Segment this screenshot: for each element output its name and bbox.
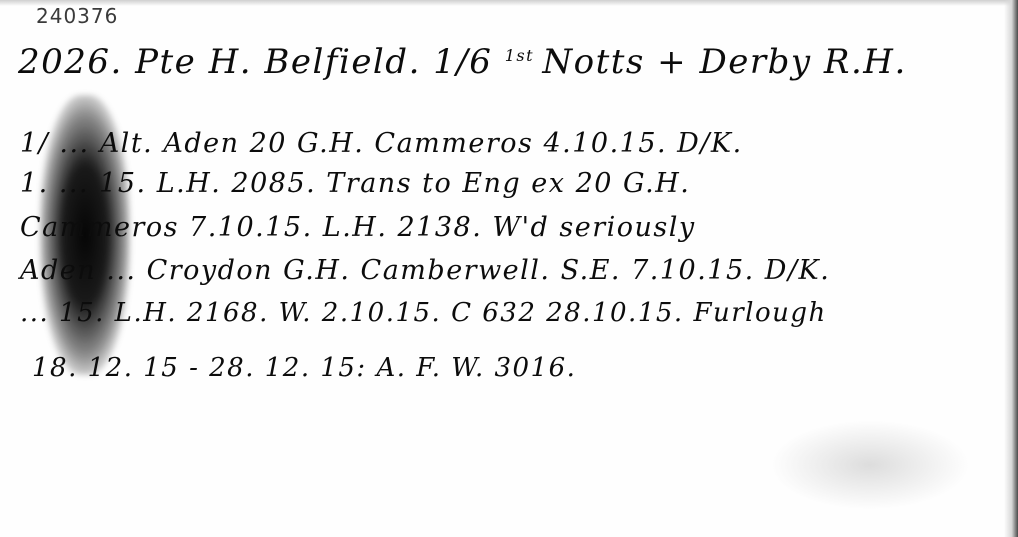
reference-number: 240376: [36, 4, 118, 28]
record-line-name: 2026. Pte H. Belfield. 1/6 1st Notts + D…: [18, 42, 907, 82]
regiment-text: Notts + Derby R.H.: [542, 42, 906, 82]
superscript-1st: 1st: [505, 46, 534, 65]
record-line: 18. 12. 15 - 28. 12. 15: A. F. W. 3016.: [32, 353, 576, 383]
record-line: 1/ ... Alt. Aden 20 G.H. Cammeros 4.10.1…: [20, 128, 743, 159]
paper-smudge: [770, 420, 970, 510]
record-line: 1. ... 15. L.H. 2085. Trans to Eng ex 20…: [20, 168, 690, 199]
card-right-edge: [1004, 0, 1018, 537]
record-line-name-text: 2026. Pte H. Belfield. 1/6: [18, 42, 492, 82]
card-top-edge: [0, 0, 1018, 6]
record-card: 240376 2026. Pte H. Belfield. 1/6 1st No…: [0, 0, 1018, 537]
record-line: ... 15. L.H. 2168. W. 2.10.15. C 632 28.…: [20, 298, 827, 328]
record-line: Cammeros 7.10.15. L.H. 2138. W'd serious…: [20, 212, 696, 243]
record-line: Aden ... Croydon G.H. Camberwell. S.E. 7…: [20, 255, 830, 286]
